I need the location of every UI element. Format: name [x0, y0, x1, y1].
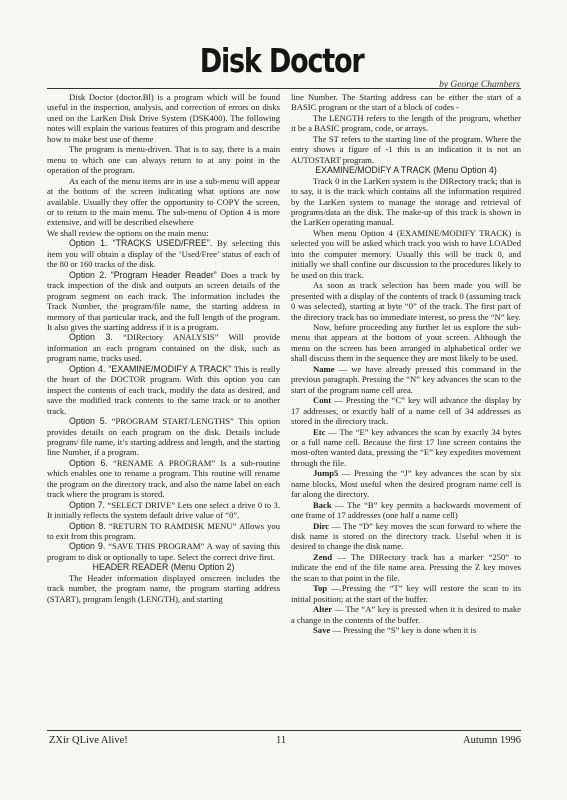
command-key: Top	[313, 583, 327, 593]
paragraph: Disk Doctor (doctor.Bl) is a program whi…	[47, 92, 280, 144]
footer-page-number: 11	[276, 735, 286, 746]
option-item: Option 3. “DIRectory ANALYSIS” Will prov…	[47, 332, 280, 363]
paragraph: The program is menu-driven. That is to s…	[47, 144, 280, 175]
paragraph: We shall review the options on the main …	[47, 228, 280, 238]
footer-publication: ZXir QLive Alive!	[49, 735, 128, 746]
paragraph: line Number. The Starting address can be…	[291, 92, 521, 113]
command-item: Name — we have already pressed this comm…	[291, 364, 521, 395]
option-item: Option 8. “RETURN TO RAMDISK MENU” Allow…	[47, 521, 280, 542]
command-item: Zend — The DIRectory track has a marker …	[291, 552, 521, 583]
paragraph: The LENGTH refers to the length of the p…	[291, 113, 521, 134]
command-key: Dirc	[313, 521, 329, 531]
command-key: Cont	[313, 395, 331, 405]
command-key: Alter	[313, 604, 332, 614]
option-item: Option 9. “SAVE THIS PROGRAM” A way of s…	[47, 541, 280, 562]
command-key: Zend	[313, 552, 332, 562]
section-heading: HEADER READER (Menu Option 2)	[47, 562, 280, 572]
option-label: Option 4. “EXAMINE/MODIFY A TRACK”	[69, 364, 231, 374]
paragraph: Track 0 in the LarKen system is the DIRe…	[291, 176, 521, 228]
magazine-page: Disk Doctor by George Chambers Disk Doct…	[0, 0, 567, 800]
right-column: line Number. The Starting address can be…	[291, 92, 521, 636]
command-text: — Pressing the “S” key is done when it i…	[330, 625, 476, 635]
option-item: Option 4. “EXAMINE/MODIFY A TRACK” This …	[47, 364, 280, 416]
paragraph: The ST refers to the starting line of th…	[291, 134, 521, 165]
footer-rule	[47, 730, 521, 731]
option-label: Option 6.	[69, 458, 108, 468]
paragraph: When menu Option 4 (EXAMINE/MODIFY TRACK…	[291, 228, 521, 280]
paragraph: As each of the menu items are in use a s…	[47, 176, 280, 228]
option-label: Option 8.	[69, 521, 106, 531]
command-key: Save	[313, 625, 330, 635]
command-item: Cont — Pressing the “C” key will advance…	[291, 395, 521, 426]
command-item: Top —.Pressing the “T” key will restore …	[291, 583, 521, 604]
command-item: Dirc — The “D” key moves the scan forwar…	[291, 521, 521, 552]
option-item: Option 6. “RENAME A PROGRAM” Is a sub-ro…	[47, 458, 280, 500]
section-heading: EXAMINE/MODIFY A TRACK (Menu Option 4)	[291, 165, 521, 175]
option-label: Option 5.	[69, 416, 107, 426]
option-item: Option 1. “TRACKS USED/FREE”. By selecti…	[47, 238, 280, 269]
option-label: Option 9.	[69, 541, 105, 551]
article-title: Disk Doctor	[49, 41, 514, 81]
command-key: Name	[313, 364, 334, 374]
option-label: Option 3.	[69, 332, 113, 342]
option-item: Option 7. “SELECT DRIVE” Lets one select…	[47, 500, 280, 521]
command-key: Etc	[313, 427, 325, 437]
paragraph: Now, before proceeding any further let u…	[291, 322, 521, 364]
header-rule	[47, 88, 521, 89]
left-column: Disk Doctor (doctor.Bl) is a program whi…	[47, 92, 280, 604]
command-key: Back	[313, 500, 332, 510]
option-label: Option 1. “TRACKS USED/FREE”.	[69, 238, 212, 248]
paragraph: As soon as track selection has been made…	[291, 280, 521, 322]
footer-issue: Autumn 1996	[463, 735, 521, 746]
paragraph: The Header information displayed onscree…	[47, 573, 280, 604]
command-item: Back — The “B” key permits a backwards m…	[291, 500, 521, 521]
option-item: Option 5. “PROGRAM START/LENGTHS” This o…	[47, 416, 280, 458]
option-item: Option 2. “Program Header Reader” Does a…	[47, 270, 280, 333]
option-label: Option 2. “Program Header Reader”	[69, 270, 217, 280]
command-item: Etc — The “E” key advances the scan by e…	[291, 427, 521, 469]
command-text: — The “E” key advances the scan by exact…	[291, 427, 521, 468]
command-item: Alter — The “A” key is pressed when it i…	[291, 604, 521, 625]
command-item: Jump5 — Pressing the “J” key advances th…	[291, 468, 521, 499]
command-item: Save — Pressing the “S” key is done when…	[291, 625, 521, 635]
command-key: Jump5	[313, 468, 338, 478]
option-label: Option 7.	[69, 500, 105, 510]
